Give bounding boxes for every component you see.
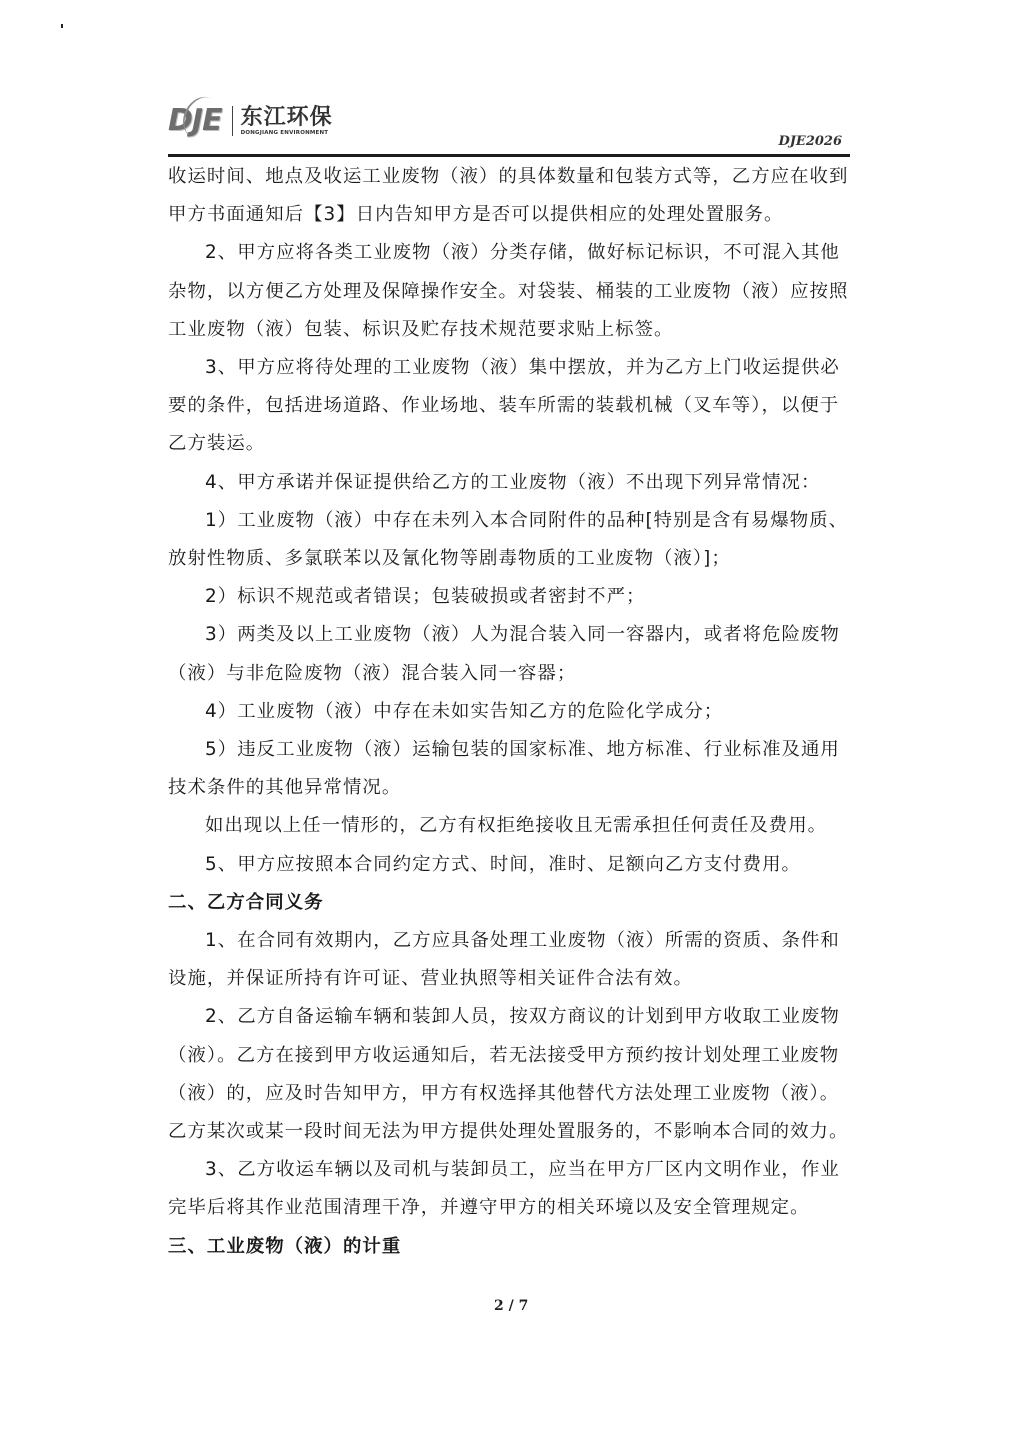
document-body: 收运时间、地点及收运工业废物（液）的具体数量和包装方式等，乙方应在收到甲方书面通…: [168, 158, 854, 1266]
logo-english-name: DONGJIANG ENVIRONMENT: [241, 130, 333, 137]
text-line: 收运时间、地点及收运工业废物（液）的具体数量和包装方式等，乙方应在收到: [168, 158, 854, 196]
text-line: 2、甲方应将各类工业废物（液）分类存储，做好标记标识，不可混入其他: [168, 234, 854, 272]
text-line: 设施，并保证所持有许可证、营业执照等相关证件合法有效。: [168, 960, 854, 998]
text-line: 乙方某次或某一段时间无法为甲方提供处理处置服务的，不影响本合同的效力。: [168, 1113, 854, 1151]
text-line: 完毕后将其作业范围清理干净，并遵守甲方的相关环境以及安全管理规定。: [168, 1189, 854, 1227]
text-line: 要的条件，包括进场道路、作业场地、装车所需的装载机械（叉车等），以便于: [168, 387, 854, 425]
text-line: 1、在合同有效期内，乙方应具备处理工业废物（液）所需的资质、条件和: [168, 922, 854, 960]
text-line: （液）。乙方在接到甲方收运通知后，若无法接受甲方预约按计划处理工业废物: [168, 1037, 854, 1075]
header-divider: [168, 154, 850, 157]
text-line: 3）两类及以上工业废物（液）人为混合装入同一容器内，或者将危险废物: [168, 616, 854, 654]
logo-text: 东江环保 DONGJIANG ENVIRONMENT: [241, 106, 333, 137]
text-line: 2、乙方自备运输车辆和装卸人员，按双方商议的计划到甲方收取工业废物: [168, 998, 854, 1036]
scan-speck: [61, 24, 63, 28]
text-line: 5）违反工业废物（液）运输包装的国家标准、地方标准、行业标准及通用: [168, 731, 854, 769]
logo-chinese-name: 东江环保: [241, 106, 333, 130]
section-heading: 二、乙方合同义务: [168, 884, 854, 922]
text-line: 3、乙方收运车辆以及司机与装卸员工，应当在甲方厂区内文明作业，作业: [168, 1151, 854, 1189]
page-number: 2 / 7: [494, 1298, 528, 1314]
text-line: 3、甲方应将待处理的工业废物（液）集中摆放，并为乙方上门收运提供必: [168, 349, 854, 387]
page-header: DJE 东江环保 DONGJIANG ENVIRONMENT DJE2026: [168, 100, 848, 152]
text-line: 4）工业废物（液）中存在未如实告知乙方的危险化学成分；: [168, 693, 854, 731]
text-line: 4、甲方承诺并保证提供给乙方的工业废物（液）不出现下列异常情况：: [168, 464, 854, 502]
text-line: 甲方书面通知后【3】日内告知甲方是否可以提供相应的处理处置服务。: [168, 196, 854, 234]
company-logo: DJE 东江环保 DONGJIANG ENVIRONMENT: [168, 102, 333, 140]
text-line: （液）与非危险废物（液）混合装入同一容器；: [168, 655, 854, 693]
text-line: （液）的，应及时告知甲方，甲方有权选择其他替代方法处理工业废物（液）。: [168, 1075, 854, 1113]
text-line: 5、甲方应按照本合同约定方式、时间，准时、足额向乙方支付费用。: [168, 846, 854, 884]
text-line: 2）标识不规范或者错误；包装破损或者密封不严；: [168, 578, 854, 616]
text-line: 工业废物（液）包装、标识及贮存技术规范要求贴上标签。: [168, 311, 854, 349]
logo-separator: [232, 106, 233, 136]
text-line: 放射性物质、多氯联苯以及氰化物等剧毒物质的工业废物（液）]；: [168, 540, 854, 578]
text-line: 1）工业废物（液）中存在未列入本合同附件的品种[特别是含有易爆物质、: [168, 502, 854, 540]
logo-mark: DJE: [168, 102, 226, 140]
text-line: 杂物，以方便乙方处理及保障操作安全。对袋装、桶装的工业废物（液）应按照: [168, 273, 854, 311]
text-line: 如出现以上任一情形的，乙方有权拒绝接收且无需承担任何责任及费用。: [168, 807, 854, 845]
section-heading: 三、工业废物（液）的计重: [168, 1228, 854, 1266]
text-line: 乙方装运。: [168, 425, 854, 463]
document-code: DJE2026: [778, 134, 842, 149]
text-line: 技术条件的其他异常情况。: [168, 769, 854, 807]
